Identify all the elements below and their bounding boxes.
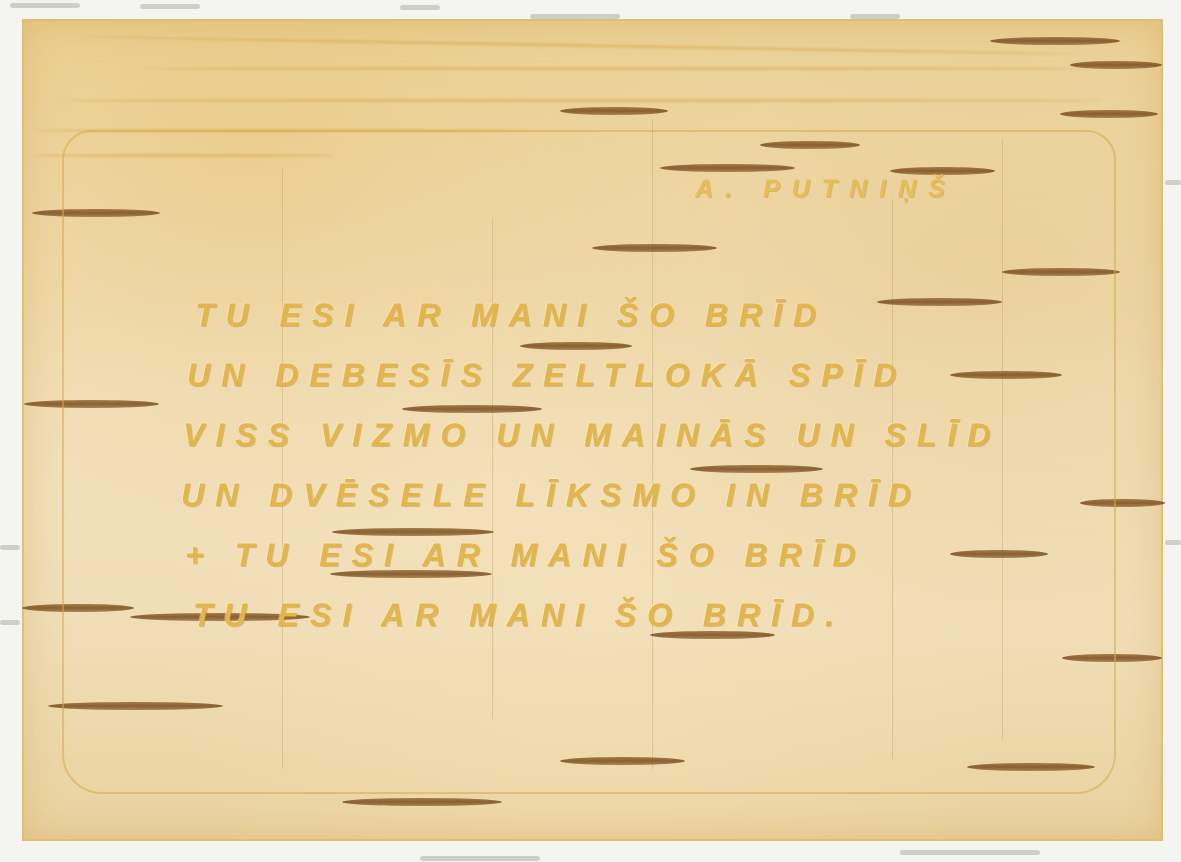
background-streak xyxy=(400,5,440,10)
background-streak xyxy=(1165,540,1181,545)
background-streak xyxy=(140,4,200,9)
background-streak xyxy=(10,3,80,8)
bark-lenticel xyxy=(1060,110,1158,118)
background-streak xyxy=(1165,180,1181,185)
background-streak xyxy=(0,545,20,550)
poem-line: UN DEBESĪS ZELTLOKĀ SPĪD xyxy=(187,345,1001,405)
background-streak xyxy=(420,856,540,861)
bark-lenticel xyxy=(560,107,668,115)
poem-text: TU ESI AR MANI ŠO BRĪD UN DEBESĪS ZELTLO… xyxy=(195,285,1001,645)
poem-line: TU ESI AR MANI ŠO BRĪD. xyxy=(193,585,1001,645)
bark-lenticel xyxy=(342,798,502,806)
poem-line: UN DVĒSELE LĪKSMO IN BRĪD xyxy=(181,465,1001,525)
poem-line: + TU ESI AR MANI ŠO BRĪD xyxy=(185,525,1001,585)
bark-lenticel xyxy=(990,37,1120,45)
poem-line: TU ESI AR MANI ŠO BRĪD xyxy=(195,285,1001,345)
bark-lenticel xyxy=(1070,61,1162,69)
poem-line: VISS VIZMO UN MAINĀS UN SLĪD xyxy=(183,405,1001,465)
poem-author: A. PUTNIŅŠ xyxy=(695,175,957,204)
background-streak xyxy=(0,620,20,625)
bark-wrinkle xyxy=(142,67,1092,70)
background-streak xyxy=(900,850,1040,855)
bark-wrinkle xyxy=(82,35,1082,55)
bark-wrinkle xyxy=(52,99,1102,102)
